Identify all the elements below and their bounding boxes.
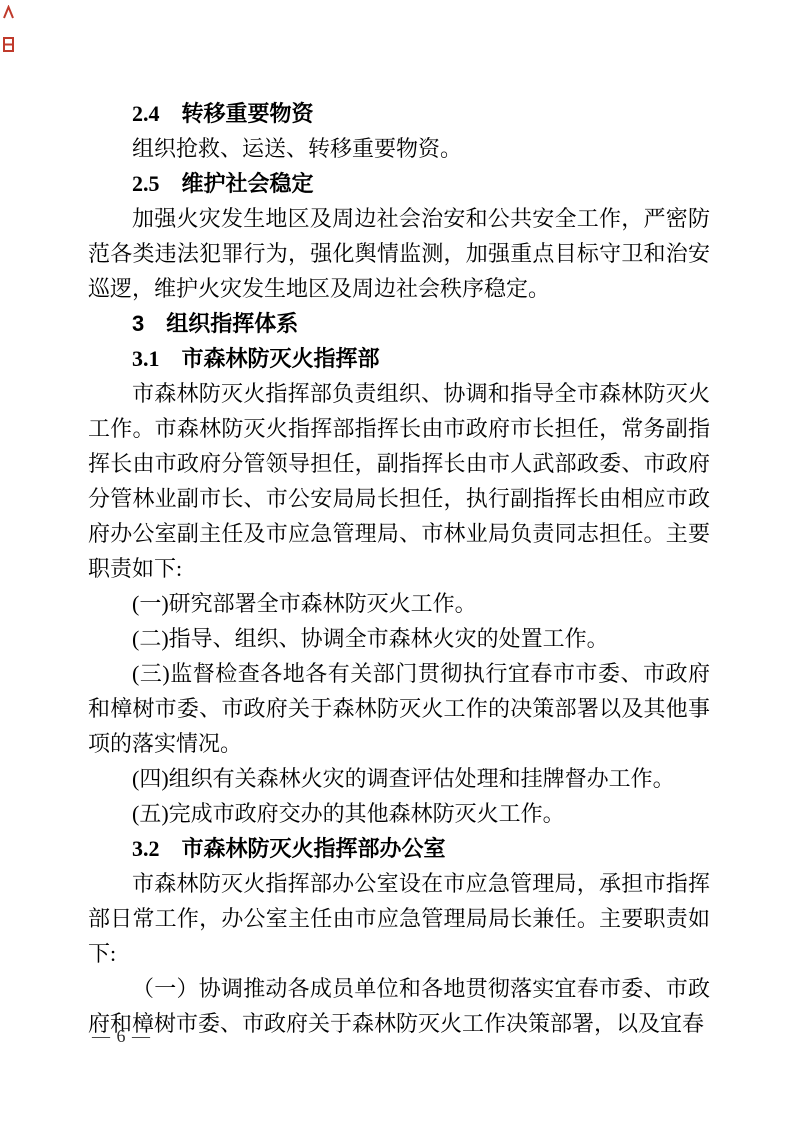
paragraph: 市森林防灭火指挥部负责组织、协调和指导全市森林防灭火工作。市森林防灭火指挥部指挥…	[88, 376, 710, 586]
list-item-4: (四)组织有关森林火灾的调查评估处理和挂牌督办工作。	[88, 761, 710, 796]
paragraph: 市森林防灭火指挥部办公室设在市应急管理局，承担市指挥部日常工作，办公室主任由市应…	[88, 866, 710, 971]
list-item-1: (一)研究部署全市森林防灭火工作。	[88, 586, 710, 621]
list-item-2: (二)指导、组织、协调全市森林火灾的处置工作。	[88, 621, 710, 656]
list-item-5: (五)完成市政府交办的其他森林防灭火工作。	[88, 796, 710, 831]
paragraph: 加强火灾发生地区及周边社会治安和公共安全工作，严密防范各类违法犯罪行为，强化舆情…	[88, 201, 710, 306]
document-body: 2.4 转移重要物资 组织抢救、运送、转移重要物资。 2.5 维护社会稳定 加强…	[88, 96, 710, 1041]
list-item-1b: （一）协调推动各成员单位和各地贯彻落实宜春市委、市政府和樟树市委、市政府关于森林…	[88, 971, 710, 1041]
document-page: 2.4 转移重要物资 组织抢救、运送、转移重要物资。 2.5 维护社会稳定 加强…	[0, 0, 793, 1122]
section-heading-2-5: 2.5 维护社会稳定	[88, 166, 710, 201]
section-heading-3-2: 3.2 市森林防灭火指挥部办公室	[88, 831, 710, 866]
red-stamp-fragment-icon	[2, 5, 15, 25]
list-item-3: (三)监督检查各地各有关部门贯彻执行宜春市市委、市政府和樟树市委、市政府关于森林…	[88, 656, 710, 761]
section-heading-3-1: 3.1 市森林防灭火指挥部	[88, 341, 710, 376]
section-heading-2-4: 2.4 转移重要物资	[88, 96, 710, 131]
paragraph: 组织抢救、运送、转移重要物资。	[88, 131, 710, 166]
page-number: — 6 —	[92, 1024, 151, 1048]
chapter-heading-3: 3 组织指挥体系	[88, 306, 710, 341]
red-stamp-fragment-icon	[2, 36, 15, 58]
